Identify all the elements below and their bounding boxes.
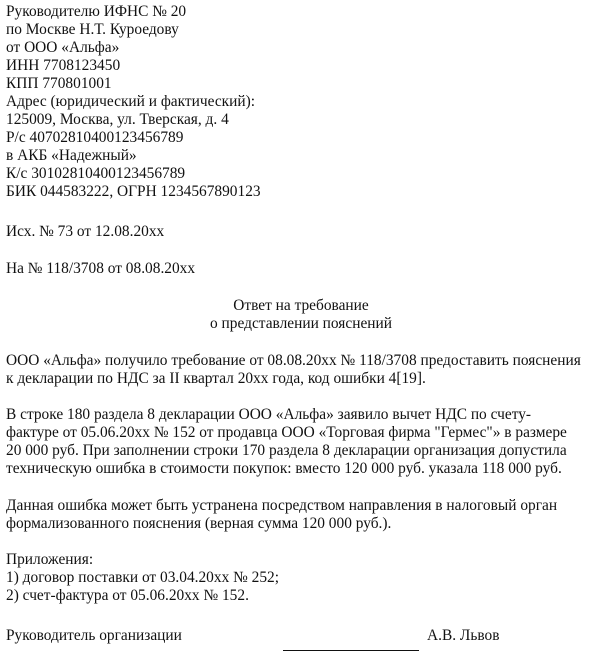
recipient-line: по Москве Н.Т. Куроедову xyxy=(6,20,179,40)
body-paragraph-1-line: ООО «Альфа» получило требование от 08.08… xyxy=(6,351,581,371)
signature-line xyxy=(283,650,419,651)
sender-kpp: КПП 770801001 xyxy=(6,74,112,94)
recipient-line: Руководителю ИФНС № 20 xyxy=(6,2,186,22)
sender-bank: в АКБ «Надежный» xyxy=(6,146,137,166)
body-paragraph-2-line: В строке 180 раздела 8 декларации ООО «А… xyxy=(6,405,531,425)
sender-inn: ИНН 7708123450 xyxy=(6,56,120,76)
body-paragraph-2-line: фактуре от 05.06.20хх № 152 от продавца … xyxy=(6,423,567,443)
outgoing-reference: Исх. № 73 от 12.08.20хх xyxy=(6,222,164,242)
sender-name: от ООО «Альфа» xyxy=(6,38,119,58)
attachment-item: 2) счет-фактура от 05.06.20хх № 152. xyxy=(6,586,249,606)
sender-account: Р/с 40702810400123456789 xyxy=(6,128,183,148)
attachments-heading: Приложения: xyxy=(6,550,93,570)
attachment-item: 1) договор поставки от 03.04.20хх № 252; xyxy=(6,568,279,588)
body-paragraph-3-line: формализованного пояснения (верная сумма… xyxy=(6,514,391,534)
incoming-reference: На № 118/3708 от 08.08.20хх xyxy=(6,259,195,279)
body-paragraph-2-line: техническую ошибка в стоимости покупок: … xyxy=(6,459,562,479)
sender-corr-account: К/с 30102810400123456789 xyxy=(6,164,185,184)
document-subtitle: о представлении пояснений xyxy=(6,314,596,334)
document-title: Ответ на требование xyxy=(6,296,596,316)
sender-address: 125009, Москва, ул. Тверская, д. 4 xyxy=(6,110,229,130)
signature-position: Руководитель организации xyxy=(6,626,182,646)
body-paragraph-3-line: Данная ошибка может быть устранена посре… xyxy=(6,496,557,516)
body-paragraph-2-line: 20 000 руб. При заполнении строки 170 ра… xyxy=(6,441,567,461)
sender-address-label: Адрес (юридический и фактический): xyxy=(6,92,255,112)
sender-bik-ogrn: БИК 044583222, ОГРН 1234567890123 xyxy=(6,182,261,202)
signature-name: А.В. Львов xyxy=(427,626,500,646)
body-paragraph-1-line: к декларации по НДС за II квартал 20хх г… xyxy=(6,369,426,389)
